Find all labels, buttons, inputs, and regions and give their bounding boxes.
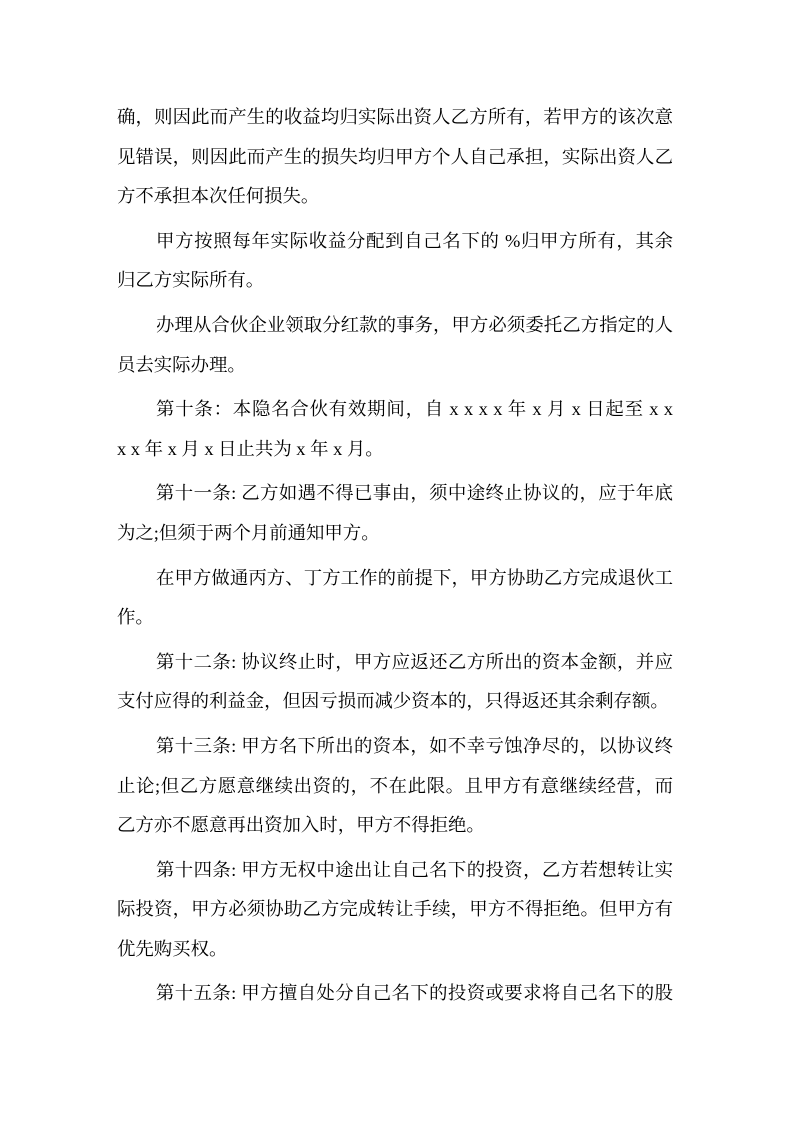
text-line: 第十四条: 甲方无权中途出让自己名下的投资，乙方若想转让实	[117, 851, 673, 891]
text-line: 在甲方做通丙方、丁方工作的前提下，甲方协助乙方完成退伙工	[117, 559, 673, 599]
text-line: 支付应得的利益金，但因亏损而减少资本的，只得返还其余剩存额。	[117, 682, 673, 722]
text-line: 归乙方实际所有。	[117, 261, 673, 301]
text-line: 确，则因此而产生的收益均归实际出资人乙方所有，若甲方的该次意	[117, 98, 673, 138]
paragraph: 第十二条: 协议终止时，甲方应返还乙方所出的资本金额，并应支付应得的利益金，但因…	[117, 643, 673, 722]
paragraph: 在甲方做通丙方、丁方工作的前提下，甲方协助乙方完成退伙工作。	[117, 559, 673, 638]
text-line: 作。	[117, 598, 673, 638]
text-line: 止论;但乙方愿意继续出资的，不在此限。且甲方有意继续经营，而	[117, 767, 673, 807]
paragraph: 办理从合伙企业领取分红款的事务，甲方必须委托乙方指定的人员去实际办理。	[117, 306, 673, 385]
text-line: 为之;但须于两个月前通知甲方。	[117, 514, 673, 554]
text-line: 甲方按照每年实际收益分配到自己名下的 %归甲方所有，其余	[117, 222, 673, 262]
text-line: 办理从合伙企业领取分红款的事务，甲方必须委托乙方指定的人	[117, 306, 673, 346]
paragraph: 确，则因此而产生的收益均归实际出资人乙方所有，若甲方的该次意见错误，则因此而产生…	[117, 98, 673, 217]
text-line: 第十三条: 甲方名下所出的资本，如不幸亏蚀净尽的，以协议终	[117, 727, 673, 767]
text-line: 第十五条: 甲方擅自处分自己名下的投资或要求将自己名下的股	[117, 974, 673, 1014]
text-line: 乙方亦不愿意再出资加入时，甲方不得拒绝。	[117, 806, 673, 846]
paragraph: 第十四条: 甲方无权中途出让自己名下的投资，乙方若想转让实际投资，甲方必须协助乙…	[117, 851, 673, 970]
text-line: 第十条：本隐名合伙有效期间，自 x x x x 年 x 月 x 日起至 x x	[117, 390, 673, 430]
paragraph: 第十五条: 甲方擅自处分自己名下的投资或要求将自己名下的股	[117, 974, 673, 1014]
text-line: 员去实际办理。	[117, 346, 673, 386]
text-line: 优先购买权。	[117, 930, 673, 970]
text-line: 际投资，甲方必须协助乙方完成转让手续，甲方不得拒绝。但甲方有	[117, 890, 673, 930]
text-line: 方不承担本次任何损失。	[117, 177, 673, 217]
paragraph: 第十三条: 甲方名下所出的资本，如不幸亏蚀净尽的，以协议终止论;但乙方愿意继续出…	[117, 727, 673, 846]
paragraph: 第十一条: 乙方如遇不得已事由，须中途终止协议的，应于年底为之;但须于两个月前通…	[117, 474, 673, 553]
text-line: 见错误，则因此而产生的损失均归甲方个人自己承担，实际出资人乙	[117, 138, 673, 178]
paragraph: 甲方按照每年实际收益分配到自己名下的 %归甲方所有，其余归乙方实际所有。	[117, 222, 673, 301]
text-line: 第十一条: 乙方如遇不得已事由，须中途终止协议的，应于年底	[117, 474, 673, 514]
paragraph: 第十条：本隐名合伙有效期间，自 x x x x 年 x 月 x 日起至 x xx…	[117, 390, 673, 469]
text-line: 第十二条: 协议终止时，甲方应返还乙方所出的资本金额，并应	[117, 643, 673, 683]
contract-text-body: 确，则因此而产生的收益均归实际出资人乙方所有，若甲方的该次意见错误，则因此而产生…	[117, 98, 673, 1014]
text-line: x x 年 x 月 x 日止共为 x 年 x 月。	[117, 430, 673, 470]
document-page: 确，则因此而产生的收益均归实际出资人乙方所有，若甲方的该次意见错误，则因此而产生…	[0, 0, 794, 1123]
